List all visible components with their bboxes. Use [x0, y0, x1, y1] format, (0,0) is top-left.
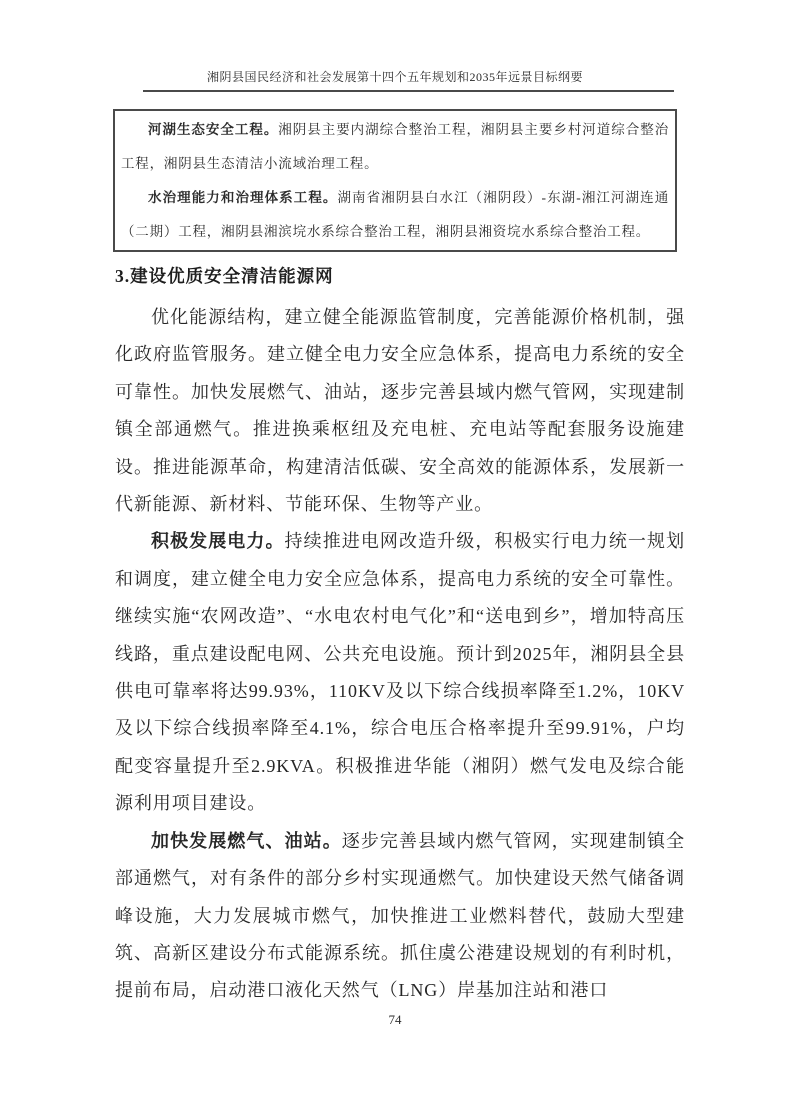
body-paragraph-gas-stations-text: 逐步完善县域内燃气管网，实现建制镇全部通燃气，对有条件的部分乡村实现通燃气。加快… [115, 831, 685, 1001]
document-page: 湘阴县国民经济和社会发展第十四个五年规划和2035年远景目标纲要 河湖生态安全工… [0, 0, 790, 1118]
body-paragraph-energy-structure-text: 优化能源结构，建立健全能源监管制度，完善能源价格机制，强化政府监管服务。建立健全… [115, 307, 685, 514]
body-paragraph-electric-power-text: 持续推进电网改造升级，积极实行电力统一规划和调度，建立健全电力安全应急体系，提高… [115, 531, 685, 813]
box-paragraph-river-lake-lead: 河湖生态安全工程。 [148, 122, 278, 137]
section-body: 优化能源结构，建立健全能源监管制度，完善能源价格机制，强化政府监管服务。建立健全… [115, 299, 685, 1010]
body-paragraph-electric-power: 积极发展电力。持续推进电网改造升级，积极实行电力统一规划和调度，建立健全电力安全… [115, 523, 685, 822]
box-paragraph-river-lake: 河湖生态安全工程。湘阴县主要内湖综合整治工程，湘阴县主要乡村河道综合整治工程，湘… [121, 113, 669, 181]
section-heading: 3.建设优质安全清洁能源网 [115, 263, 334, 288]
header-title: 湘阴县国民经济和社会发展第十四个五年规划和2035年远景目标纲要 [0, 68, 790, 85]
body-paragraph-gas-stations: 加快发展燃气、油站。逐步完善县域内燃气管网，实现建制镇全部通燃气，对有条件的部分… [115, 823, 685, 1010]
body-paragraph-gas-stations-lead: 加快发展燃气、油站。 [151, 831, 342, 851]
box-paragraph-water-governance: 水治理能力和治理体系工程。湖南省湘阴县白水江（湘阴段）-东湖-湘江河湖连通（二期… [121, 181, 669, 249]
body-paragraph-energy-structure: 优化能源结构，建立健全能源监管制度，完善能源价格机制，强化政府监管服务。建立健全… [115, 299, 685, 523]
project-info-box: 河湖生态安全工程。湘阴县主要内湖综合整治工程，湘阴县主要乡村河道综合整治工程，湘… [113, 109, 677, 252]
box-paragraph-water-governance-lead: 水治理能力和治理体系工程。 [148, 190, 337, 205]
page-number: 74 [0, 1012, 790, 1028]
header-divider [143, 90, 674, 92]
body-paragraph-electric-power-lead: 积极发展电力。 [151, 531, 285, 551]
